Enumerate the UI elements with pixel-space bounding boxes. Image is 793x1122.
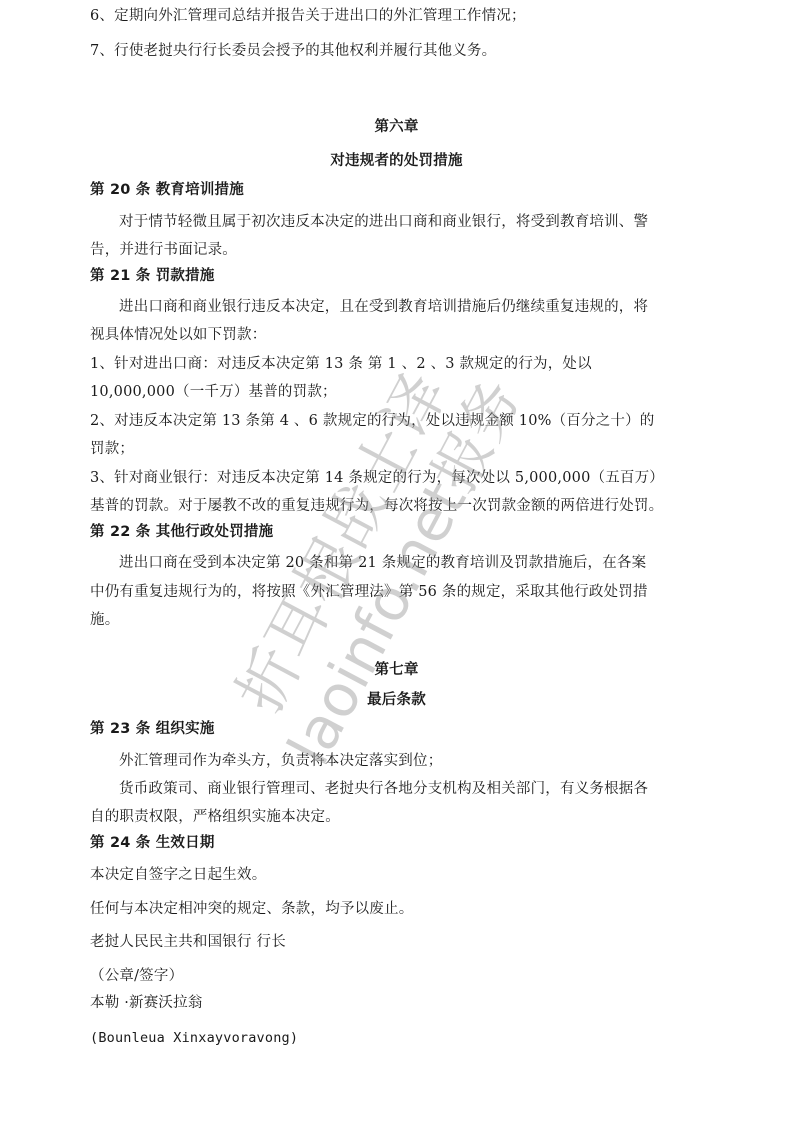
article-21-item-3: 3、针对商业银行：对违反本决定第 14 条规定的行为，每次处以 5,000,00…: [90, 468, 664, 488]
article-21-item-2: 2、对违反本决定第 13 条第 4 、6 款规定的行为，处以违规金额 10%（百…: [90, 411, 655, 431]
article-21-body-line: 进出口商和商业银行违反本决定，且在受到教育培训措施后仍继续重复违规的，将: [119, 297, 648, 317]
article-24-body-line: 本决定自签字之日起生效。: [90, 865, 266, 885]
chapter-7-title: 最后条款: [0, 690, 793, 710]
article-22-body-line: 中仍有重复违规行为的，将按照《外汇管理法》第 56 条的规定，采取其他行政处罚措: [90, 582, 648, 602]
article-23-body-line: 货币政策司、商业银行管理司、老挝央行各地分支机构及相关部门，有义务根据各: [119, 779, 648, 799]
chapter-7-number: 第七章: [0, 660, 793, 680]
article-23-heading: 第 23 条 组织实施: [90, 719, 215, 739]
chapter-6-title: 对违规者的处罚措施: [0, 151, 793, 171]
document-page: 6、定期向外汇管理司总结并报告关于进出口的外汇管理工作情况； 7、行使老挝央行行…: [0, 0, 793, 1122]
article-20-body-line: 对于情节轻微且属于初次违反本决定的进出口商和商业银行，将受到教育培训、警: [119, 212, 648, 232]
article-24-heading: 第 24 条 生效日期: [90, 833, 215, 853]
article-23-body-line: 外汇管理司作为牵头方，负责将本决定落实到位；: [119, 751, 442, 771]
article-21-item-2-cont: 罚款；: [90, 439, 134, 459]
signatory-name-cn: 本勒 ·新赛沃拉翁: [90, 993, 203, 1013]
list-item-6: 6、定期向外汇管理司总结并报告关于进出口的外汇管理工作情况；: [90, 6, 526, 26]
article-22-body-line: 进出口商在受到本决定第 20 条和第 21 条规定的教育培训及罚款措施后，在各案: [119, 553, 646, 573]
article-20-heading: 第 20 条 教育培训措施: [90, 180, 244, 200]
article-22-heading: 第 22 条 其他行政处罚措施: [90, 522, 273, 542]
article-21-item-1: 1、针对进出口商：对违反本决定第 13 条 第 1 、2 、3 款规定的行为，处…: [90, 354, 592, 374]
chapter-6-number: 第六章: [0, 117, 793, 137]
signatory-name-en: (Bounleua Xinxayvoravong): [90, 1028, 298, 1048]
article-23-body-line: 自的职责权限，严格组织实施本决定。: [90, 807, 340, 827]
article-22-body-line: 施。: [90, 610, 119, 630]
signatory-title: 老挝人民民主共和国银行 行长: [90, 932, 286, 952]
article-21-item-1-cont: 10,000,000（一千万）基普的罚款；: [90, 382, 337, 402]
article-20-body-line: 告，并进行书面记录。: [90, 240, 237, 260]
article-21-heading: 第 21 条 罚款措施: [90, 266, 215, 286]
article-24-body-line: 任何与本决定相冲突的规定、条款，均予以废止。: [90, 899, 413, 919]
seal-note: （公章/签字）: [90, 966, 183, 986]
list-item-7: 7、行使老挝央行行长委员会授予的其他权利并履行其他义务。: [90, 41, 496, 61]
article-21-body-line: 视具体情况处以如下罚款：: [90, 325, 266, 345]
article-21-item-3-cont: 基普的罚款。对于屡教不改的重复违规行为，每次将按上一次罚款金额的两倍进行处罚。: [90, 496, 663, 516]
